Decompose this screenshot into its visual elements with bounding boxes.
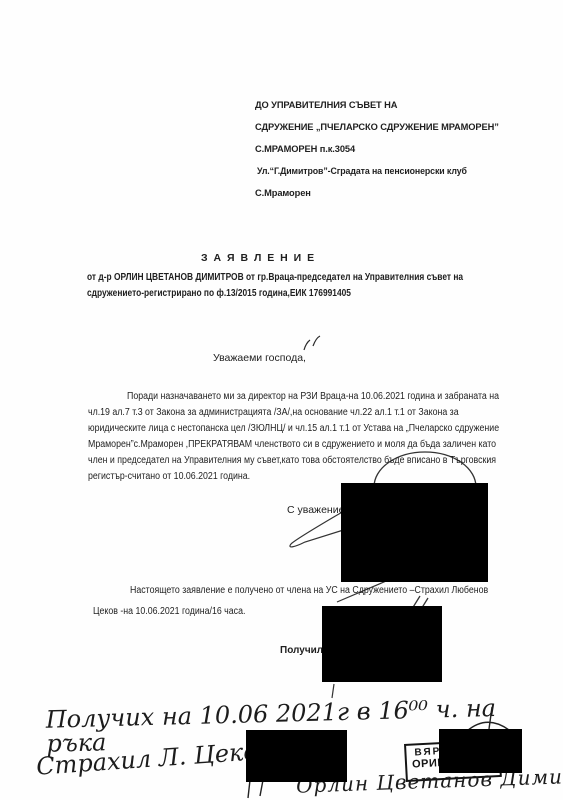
body-line: член и председател на Управителния му съ… [88, 455, 496, 466]
redaction-box-bottom-right [439, 729, 522, 773]
body-line: регистър-считано от 10.06.2021 година. [88, 471, 250, 482]
recipient-line: С.МРАМОРЕН п.к.3054 [255, 144, 355, 154]
pen-tick [332, 684, 334, 698]
body-line: юридическите лица с нестопанска цел /ЗЮЛ… [88, 423, 499, 434]
body-line: чл.19 ал.7 т.3 от Закона за администраци… [88, 407, 459, 418]
salutation: Уважаеми господа, [213, 352, 306, 364]
pen-mark-icon [313, 336, 320, 346]
pen-mark-icon [304, 340, 310, 350]
pen-stroke [248, 780, 263, 798]
scanned-document-page: ДО УПРАВИТЕЛНИЯ СЪВЕТ НА СДРУЖЕНИЕ „ПЧЕЛ… [0, 0, 563, 800]
body-line: Мраморен”с.Мраморен ,ПРЕКРАТЯВАМ членств… [88, 439, 496, 450]
recipient-line: ДО УПРАВИТЕЛНИЯ СЪВЕТ НА [255, 100, 397, 110]
redaction-box-received [322, 606, 442, 682]
recipient-line: С.Мраморен [255, 188, 311, 198]
redaction-box-bottom-left [246, 730, 347, 782]
receipt-line: Настоящето заявление е получено от члена… [130, 585, 488, 596]
redaction-box-signature [341, 483, 488, 582]
recipient-line: Ул.“Г.Димитров”-Сградата на пенсионерски… [257, 166, 467, 176]
receipt-line: Цеков -на 10.06.2021 година/16 часа. [93, 606, 245, 617]
received-label: Получил: [280, 645, 326, 656]
from-line: сдружението-регистрирано по ф.13/2015 го… [87, 288, 351, 299]
document-title: З А Я В Л Е Н И Е [201, 252, 316, 264]
body-line: Поради назначаването ми за директор на Р… [127, 391, 499, 402]
from-line: от д-р ОРЛИН ЦВЕТАНОВ ДИМИТРОВ от гр.Вра… [87, 272, 463, 283]
recipient-line: СДРУЖЕНИЕ „ПЧЕЛАРСКО СДРУЖЕНИЕ МРАМОРЕН” [255, 122, 499, 132]
closing-label: С уважение: [287, 504, 347, 516]
